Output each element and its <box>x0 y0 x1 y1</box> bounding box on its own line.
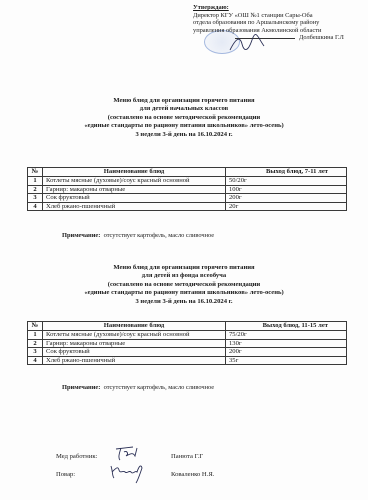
medic-signature-icon <box>113 444 139 462</box>
row-output: 75/20г <box>226 331 347 340</box>
row-name: Сок фруктовый <box>43 194 226 203</box>
menu-table-vseobuch: № Наименование блюд Выход блюд, 11-15 ле… <box>27 321 347 365</box>
table-row: 4 Хлеб ржано-пшеничный 35г <box>28 356 347 365</box>
approval-line: отдела образования по Аршалынскому район… <box>193 19 365 27</box>
menu-note-primary: Примечание: отсутствует картофель, масло… <box>62 232 214 240</box>
row-name: Гарнир: макароны отварные <box>43 339 226 348</box>
row-output: 200г <box>226 194 347 203</box>
staff-role: Повар: <box>56 471 114 479</box>
cook-signature-icon <box>108 462 146 484</box>
staff-name: Панюта Г.Г <box>171 453 203 461</box>
title-line: «единые стандарты по рациону питания шко… <box>0 289 368 297</box>
row-num: 1 <box>28 177 43 186</box>
staff-cook: Повар: Коваленко Н.Я. <box>56 471 114 479</box>
row-num: 2 <box>28 339 43 348</box>
menu-title-primary: Меню блюд для организации горячего питан… <box>0 97 368 139</box>
header-num: № <box>28 322 43 331</box>
row-output: 100г <box>226 185 347 194</box>
row-output: 200г <box>226 348 347 357</box>
row-name: Котлеты мясные (духовые)/соус красный ос… <box>43 177 226 186</box>
row-num: 3 <box>28 348 43 357</box>
row-num: 1 <box>28 331 43 340</box>
row-name: Котлеты мясные (духовые)/соус красный ос… <box>43 331 226 340</box>
header-output: Выход блюд, 7-11 лет <box>226 168 347 177</box>
menu-title-vseobuch: Меню блюд для организации горячего питан… <box>0 264 368 306</box>
header-num: № <box>28 168 43 177</box>
title-line: Меню блюд для организации горячего питан… <box>0 264 368 272</box>
table-header-row: № Наименование блюд Выход блюд, 7-11 лет <box>28 168 347 177</box>
row-name: Гарнир: макароны отварные <box>43 185 226 194</box>
title-line: (составлено на основе методической реком… <box>0 114 368 122</box>
table-row: 1 Котлеты мясные (духовые)/соус красный … <box>28 177 347 186</box>
title-line: (составлено на основе методической реком… <box>0 281 368 289</box>
title-line: «единые стандарты по рациону питания шко… <box>0 122 368 130</box>
row-output: 130г <box>226 339 347 348</box>
title-line: 3 недели 3-й день на 16.10.2024 г. <box>0 298 368 306</box>
note-label: Примечание: <box>62 232 100 239</box>
row-num: 2 <box>28 185 43 194</box>
row-output: 50/20г <box>226 177 347 186</box>
table-row: 3 Сок фруктовый 200г <box>28 348 347 357</box>
approval-heading: Утверждаю: <box>193 4 365 12</box>
approval-signer: Долбешкина Г.Л <box>299 34 344 41</box>
approval-line: управления образования Акмолинской облас… <box>193 27 365 35</box>
header-name: Наименование блюд <box>43 322 226 331</box>
approval-line: Директор КГУ «ОШ №1 станции Сары-Оба <box>193 12 365 20</box>
staff-medic: Мед работник: Панюта Г.Г <box>56 453 114 461</box>
menu-table-primary: № Наименование блюд Выход блюд, 7-11 лет… <box>27 167 347 211</box>
table-header-row: № Наименование блюд Выход блюд, 11-15 ле… <box>28 322 347 331</box>
header-output: Выход блюд, 11-15 лет <box>226 322 347 331</box>
staff-role: Мед работник: <box>56 453 114 461</box>
title-line: Меню блюд для организации горячего питан… <box>0 97 368 105</box>
title-line: 3 недели 3-й день на 16.10.2024 г. <box>0 131 368 139</box>
director-signature-icon <box>228 34 268 54</box>
note-label: Примечание: <box>62 384 100 391</box>
row-name: Сок фруктовый <box>43 348 226 357</box>
row-output: 35г <box>226 356 347 365</box>
header-name: Наименование блюд <box>43 168 226 177</box>
table-row: 3 Сок фруктовый 200г <box>28 194 347 203</box>
row-num: 4 <box>28 356 43 365</box>
staff-name: Коваленко Н.Я. <box>171 471 214 479</box>
table-row: 2 Гарнир: макароны отварные 130г <box>28 339 347 348</box>
table-row: 1 Котлеты мясные (духовые)/соус красный … <box>28 331 347 340</box>
row-name: Хлеб ржано-пшеничный <box>43 202 226 211</box>
table-row: 2 Гарнир: макароны отварные 100г <box>28 185 347 194</box>
row-num: 4 <box>28 202 43 211</box>
note-text: отсутствует картофель, масло сливочное <box>104 232 215 239</box>
title-line: для детей начальных классов <box>0 105 368 113</box>
row-name: Хлеб ржано-пшеничный <box>43 356 226 365</box>
title-line: для детей из фонда всеобуча <box>0 272 368 280</box>
approval-block: Утверждаю: Директор КГУ «ОШ №1 станции С… <box>193 4 365 42</box>
row-output: 20г <box>226 202 347 211</box>
note-text: отсутствует картофель, масло сливочное <box>104 384 215 391</box>
menu-note-vseobuch: Примечание: отсутствует картофель, масло… <box>62 384 214 392</box>
row-num: 3 <box>28 194 43 203</box>
table-row: 4 Хлеб ржано-пшеничный 20г <box>28 202 347 211</box>
